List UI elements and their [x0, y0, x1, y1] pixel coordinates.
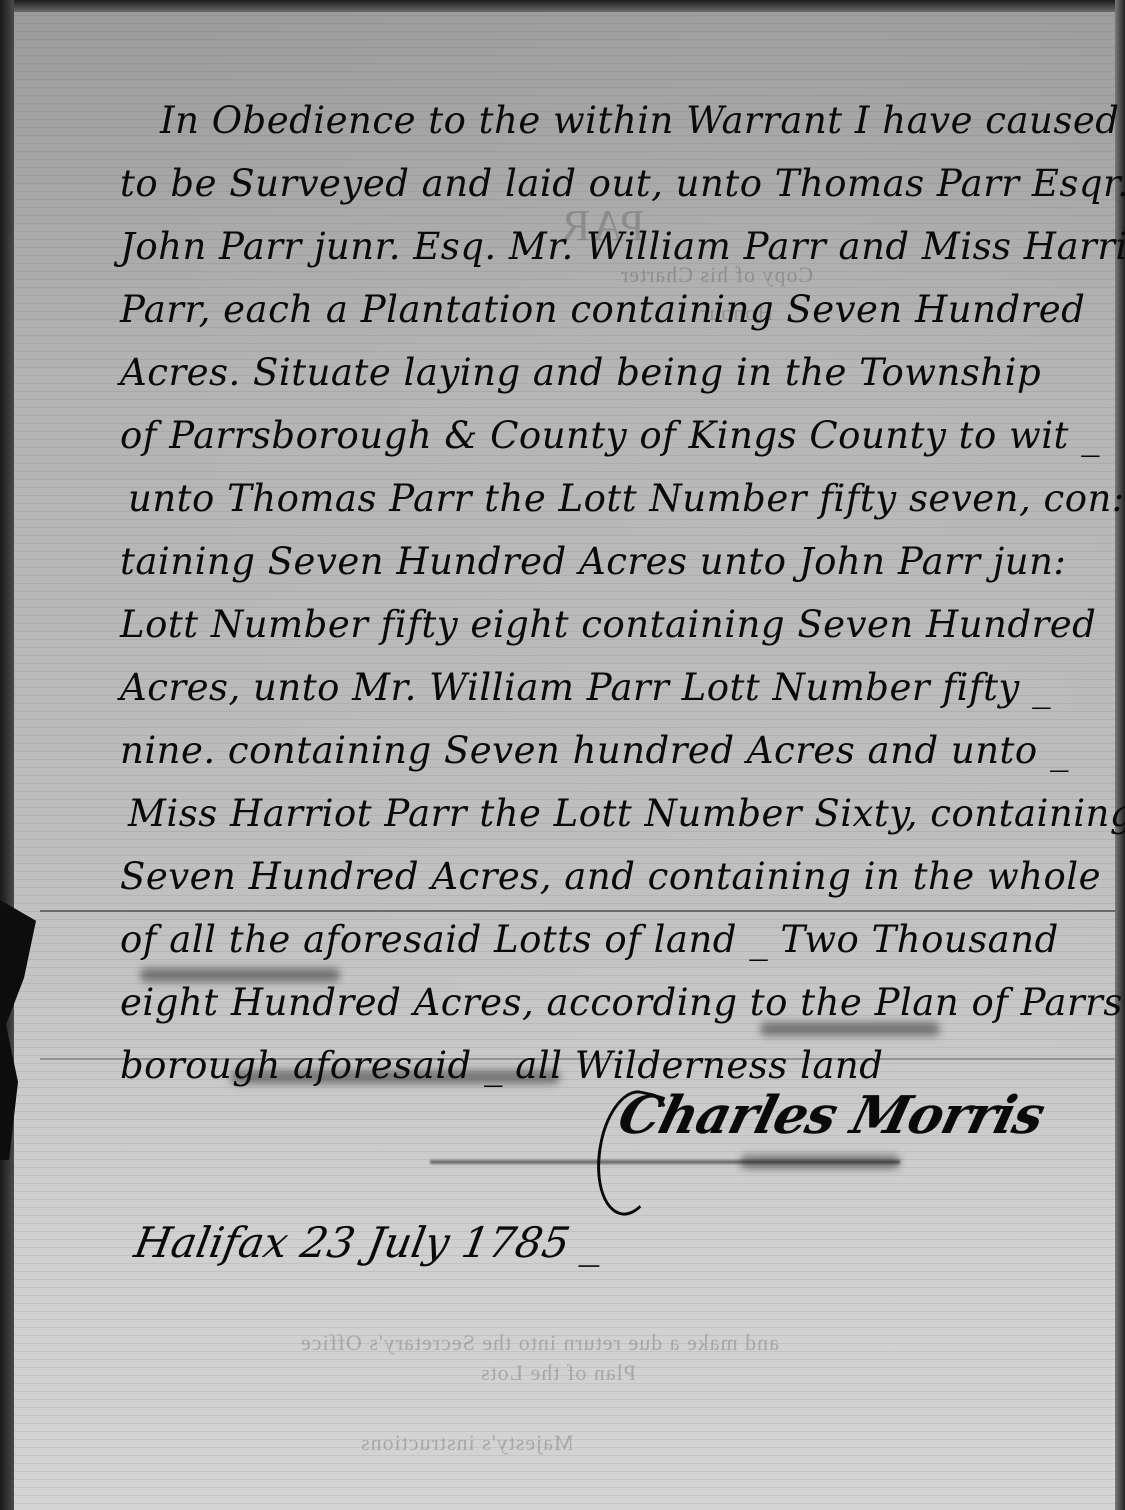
bleed-through-text: Majesty's instructions	[360, 1430, 574, 1456]
page-edge-left	[0, 0, 14, 1510]
text-line-15: eight Hundred Acres, according to the Pl…	[120, 974, 1125, 1032]
signature: Charles Morris	[612, 1085, 1050, 1146]
page-edge-top	[0, 0, 1125, 12]
place-date: Halifax 23 July 1785 _	[131, 1218, 608, 1267]
text-line-6: of Parrsborough & County of Kings County…	[120, 407, 1100, 465]
text-line-11: nine. containing Seven hundred Acres and…	[120, 722, 1069, 780]
text-line-2: to be Surveyed and laid out, unto Thomas…	[120, 155, 1125, 213]
bleed-through-text: Plan of the Lots	[480, 1360, 636, 1386]
text-line-7: unto Thomas Parr the Lott Number fifty s…	[128, 470, 1125, 528]
text-line-10: Acres, unto Mr. William Parr Lott Number…	[120, 659, 1051, 717]
text-line-5: Acres. Situate laying and being in the T…	[120, 344, 1041, 402]
document-page: PAR Copy of his Charter Honour and make …	[0, 0, 1125, 1510]
text-line-12: Miss Harriot Parr the Lott Number Sixty,…	[128, 785, 1125, 843]
text-line-9: Lott Number fifty eight containing Seven…	[120, 596, 1096, 654]
text-line-14: of all the aforesaid Lotts of land _ Two…	[120, 911, 1059, 969]
text-line-1: In Obedience to the within Warrant I hav…	[160, 92, 1119, 150]
bleed-through-text: and make a due return into the Secretary…	[300, 1330, 779, 1356]
text-line-13: Seven Hundred Acres, and containing in t…	[120, 848, 1101, 906]
signature-underline	[430, 1160, 900, 1164]
text-line-3: John Parr junr. Esq. Mr. William Parr an…	[120, 218, 1125, 276]
text-line-8: taining Seven Hundred Acres unto John Pa…	[120, 533, 1066, 591]
text-line-4: Parr, each a Plantation containing Seven…	[120, 281, 1085, 339]
